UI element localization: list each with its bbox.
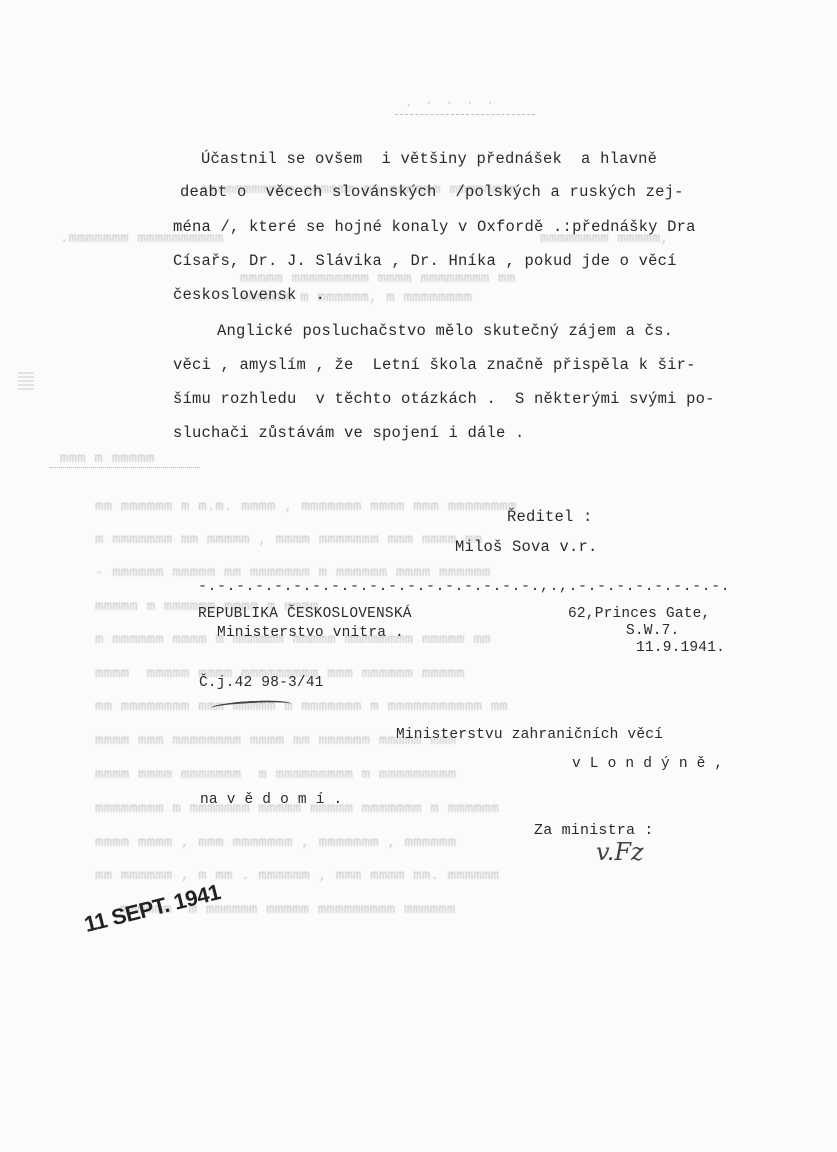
bleed-through-text: m mmmmmmm mm mmmmm , mmmm mmmmmmm mmm mm… [95,533,482,547]
bleed-through-text: mm mmmmmmmm mmm mmmmm m mmmmmmm m mmmmmm… [95,700,508,714]
bleed-through-text: mm mmmmmm , m mm . mmmmmm , mmm mmmm mm.… [95,869,499,883]
body-line: sluchači zůstávám ve spojení i dále . [173,426,525,442]
note-for-information: na v ě d o m í . [200,793,342,808]
handwritten-signature: v.Fz [596,838,644,866]
bleed-through-text: mmm m mmmmm [60,452,155,466]
body-line: deabt o věcech slovánských /polských a r… [180,185,684,201]
body-line: věci , amyslím , že Letní škola značně p… [173,358,696,374]
bleed-through-text: mmmmm mmmmmmmmm mmmm mmmmmmmm mm [240,272,515,286]
body-line: ména /, které se hojné konaly v Oxfordě … [173,220,696,236]
bleed-through-text: mmmm mmmm mmmmmmm m mmmmmmmmm m mmmmmmmm… [95,768,456,782]
separator-line: -.-.-.-.-.-.-.-.-.-.-.-.-.-.-.-.-.-.,.,.… [198,578,730,595]
for-minister-label: Za ministra : [534,823,654,838]
signatory-name: Miloš Sova v.r. [455,540,598,556]
bleed-through-text: mm mmmmmm m m.m. mmmm , mmmmmmm mmmm mmm… [95,500,516,514]
document-page: . · · · · ammmmmmmmmm mmmmmm mm mmmmmm m… [0,0,837,1152]
body-line: Účastnil se ovšem i většiny přednášek a … [201,152,657,168]
document-date: 11.9.1941. [636,641,725,656]
body-line: Císařs, Dr. J. Slávika , Dr. Hníka , pok… [173,254,677,270]
heading-underline [395,114,535,115]
reference-number: Č.j.42 98-3/41 [199,676,324,691]
margin-mark [18,370,34,390]
recipient-line-2: v L o n d ý n ě , [572,757,723,772]
body-line: šímu rozhledu v těchto otázkách . S někt… [173,392,715,408]
sender-line-2: Ministerstvo vnitra . [217,626,404,641]
sender-line-1: REPUBLIKA ČESKOSLOVENSKÁ [198,607,412,622]
address-line-1: 62,Princes Gate, [568,607,710,622]
signatory-title: Ředitel : [507,510,593,526]
document-heading: . · · · · [405,96,497,110]
date-stamp: 11 SEPT. 1941 [82,879,223,938]
bleed-through-rule [50,467,200,468]
recipient-line-1: Ministerstvu zahraničních věcí [396,728,663,743]
bleed-through-text: mmmm mmmm , mmm mmmmmmm , mmmmmmm , mmmm… [95,836,456,850]
body-line: Anglické posluchačstvo mělo skutečný záj… [217,324,673,340]
address-line-2: S.W.7. [626,624,679,639]
body-line: československ . [173,288,325,304]
